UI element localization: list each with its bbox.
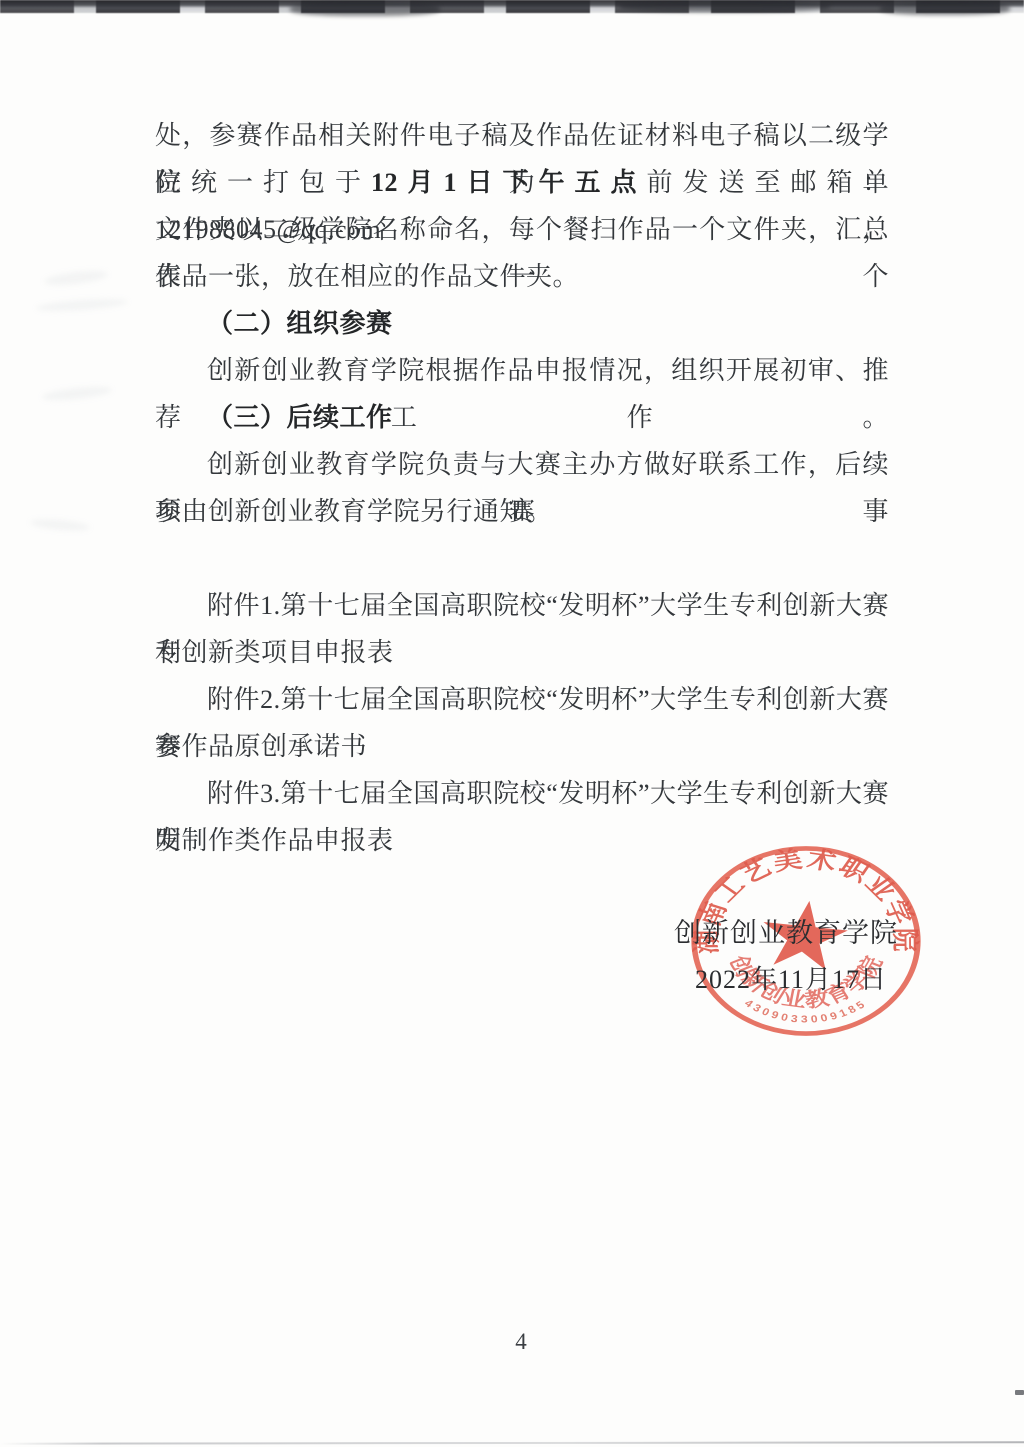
scan-artifact-blob xyxy=(620,1,830,12)
text-line: 创新创业教育学院根据作品申报情况，组织开展初审、推荐工作。 xyxy=(155,347,889,394)
blank-line xyxy=(155,535,889,582)
scan-artifact-blob xyxy=(880,2,1010,15)
text-segment: 位统一打包于 xyxy=(155,168,371,197)
attachment-2-line: 附件2.第十七届全国高职院校“发明杯”大学生专利创新大赛参 xyxy=(155,676,889,723)
section-heading-2: （二）组织参赛 xyxy=(155,300,889,347)
signature-date: 2022年11月17日 xyxy=(660,959,922,996)
text-line: 处，参赛作品相关附件电子稿及作品佐证材料电子稿以二级学院为单 xyxy=(155,112,889,159)
text-line: 位统一打包于12月1日下午五点前发送至邮箱：121988045@qq.com， xyxy=(155,159,889,206)
scan-smudge xyxy=(30,517,91,532)
signature-organization: 创新创业教育学院 xyxy=(655,911,917,950)
attachment-1-line: 附件1.第十七届全国高职院校“发明杯”大学生专利创新大赛专 xyxy=(155,582,889,629)
deadline-emphasis: 12月1日下午五点 xyxy=(371,168,646,197)
text-line: 文件夹以二级学院名称命名，每个餐扫作品一个文件夹，汇总表一个 xyxy=(155,206,889,253)
scan-smudge xyxy=(42,384,113,402)
text-line: 创新创业教育学院负责与大赛主办方做好联系工作，后续参赛事 xyxy=(155,441,889,488)
attachment-2-continuation: 赛作品原创承诺书 xyxy=(155,723,889,770)
scan-smudge xyxy=(36,297,128,313)
attachment-1-continuation: 利创新类项目申报表 xyxy=(155,629,889,676)
scan-artifact-right-mark xyxy=(1015,1390,1024,1395)
scanned-document-page: 处，参赛作品相关附件电子稿及作品佐证材料电子稿以二级学院为单位统一打包于12月1… xyxy=(0,0,1024,1447)
document-body: 处，参赛作品相关附件电子稿及作品佐证材料电子稿以二级学院为单位统一打包于12月1… xyxy=(155,112,889,864)
page-number: 4 xyxy=(18,1329,1024,1355)
scan-artifact-bottom-edge xyxy=(0,1441,1024,1444)
scan-smudge xyxy=(44,268,109,288)
attachment-3-line: 附件3.第十七届全国高职院校“发明杯”大学生专利创新大赛发 xyxy=(155,770,889,817)
scan-artifact-blob xyxy=(290,2,440,16)
scan-artifact-top-edge xyxy=(0,0,1024,13)
